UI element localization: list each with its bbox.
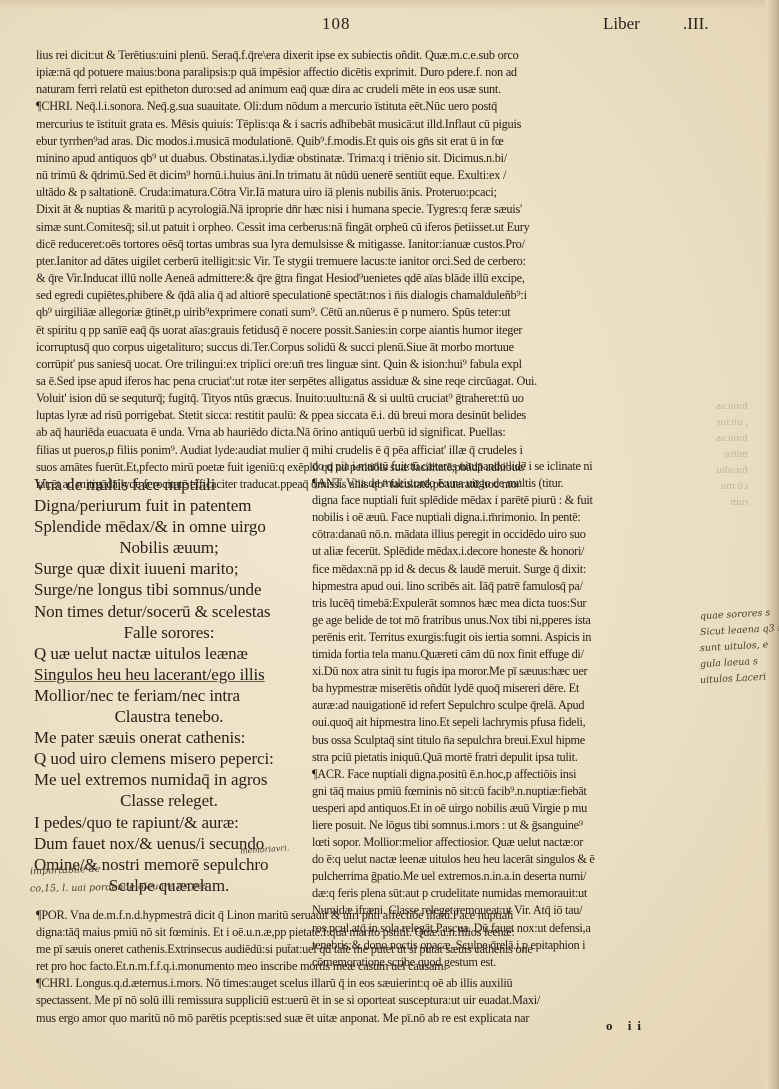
commentary-line: ba hypmestræ miserētis oñdūt lydē quoq̄ … (312, 680, 684, 697)
commentary-line: bus ossa Sculptaq̄ sint titulo n̄a sepul… (312, 732, 684, 749)
signature-mark: o ii (606, 1018, 647, 1034)
commentary-line: ipiæ:nā qd potuere maius:bona paralipsis… (36, 64, 682, 81)
book-page: 108 Liber .III. lius rei dicit:ut & Terē… (0, 0, 779, 1089)
verse-line-adonic: Claustra tenebo. (34, 706, 304, 727)
commentary-line: ebur tyrrhen⁹ad aras. Dic modos.i.musicā… (36, 133, 682, 150)
commentary-line: ut aliæ fecerūt. Splēdide mēdax.i.decore… (312, 543, 684, 560)
verse-line: I pedes/quo te rapiunt/& auræ: (34, 812, 304, 833)
commentary-line: corrūpit' pus saniesq̄ uocat. Ore trilin… (36, 356, 682, 373)
running-title: Liber (603, 14, 640, 34)
commentary-bottom-block: ¶POR. Vna de.m.f.n.d.hypmestrā dicit q̄ … (36, 907, 682, 1027)
commentary-line: Voluit' ision dū se sequturq̄; fugitq̄. … (36, 390, 682, 407)
commentary-line: Dixit āt & nuptias & maritū p acyrologiā… (36, 201, 682, 218)
commentary-line: hipmestra apud oui. lino scribēs ait. Iā… (312, 578, 684, 595)
verse-line-underlined: Singulos heu heu lacerant/ego illis (34, 664, 304, 685)
commentary-line: ret pro hoc facto.Et.n.m.f.f.q.i.monumen… (36, 958, 682, 975)
bleed-through-line: foradiu (688, 462, 748, 478)
verse-line-adonic: Classe releget. (34, 790, 304, 811)
verse-line: Q uæ uelut nactæ uitulos leænæ (34, 643, 304, 664)
commentary-line: mercurius te īstituit grata es. Mēsis qu… (36, 116, 682, 133)
verse-line: Surge/ne longus tibi somnus/unde (34, 579, 304, 600)
commentary-line: stra pciū pietatis iniquū.Quā mortē frat… (312, 749, 684, 766)
page-header: 108 Liber .III. (0, 8, 779, 38)
commentary-line: simæ sunt.Comitesq̄; sil.ut patuit i orp… (36, 219, 682, 236)
commentary-line: pter.Ianitor ad dātes uigilet cerberū it… (36, 253, 682, 270)
commentary-line: ¶CHRI. Longus.q.d.æternus.i.mors. Nō tim… (36, 975, 682, 992)
verse-line: Q uod uiro clemens misero peperci: (34, 748, 304, 769)
verse-line: Splendide mēdax/& in omne uirgo (34, 516, 304, 537)
commentary-line: ge age belide de tot mō fratribus unus.N… (312, 612, 684, 629)
verse-line: Me pater sæuis onerat cathenis: (34, 727, 304, 748)
commentary-line: auræ:ad nauigationē id refert Sepulchro … (312, 697, 684, 714)
commentary-line: spectassent. Me pī nō solū illi remissur… (36, 992, 682, 1009)
margin-note-line: uitulos Laceri (700, 669, 779, 687)
bleed-through-line: cū mu (688, 478, 748, 494)
commentary-line: do q pia i maritū fuit:tū cæteras uitupa… (312, 458, 684, 475)
commentary-line: mus ergo amor quo maritū nō mō parētis p… (36, 1010, 682, 1027)
commentary-line: filias ut pueros,p filiis ponim⁹. Audiat… (36, 442, 682, 459)
commentary-line: me pī sæuis oneret cathenis.Extrinsecus … (36, 941, 682, 958)
commentary-line: gni tāq̄ maius pmiū fœminis nō sit:cū fa… (312, 783, 684, 800)
page-right-edge (765, 0, 779, 1089)
commentary-line: fice mēdax:nā pp id & decus & laudē meru… (312, 561, 684, 578)
commentary-line: liere posuit. Ne lōgus tibi somnus.i.mor… (312, 817, 684, 834)
commentary-line: dæ:q feris plena sūt:aut p crudelitate n… (312, 885, 684, 902)
commentary-line: digna face nuptiali fuit splēdide mēdax … (312, 492, 684, 509)
commentary-line: nobilis i oē æuū. Face nuptiali digna.i.… (312, 509, 684, 526)
commentary-line: oui.quoq̄ ait hipmestra lino.Et sepeli l… (312, 714, 684, 731)
commentary-line: naturam ferri relatū est epitheton duro:… (36, 81, 682, 98)
commentary-line: ¶ACR. Face nuptiali digna.positū ē.n.hoc… (312, 766, 684, 783)
commentary-line: ēt spiritu q pp sanīē eaq̄ q̄s uorat aīa… (36, 322, 682, 339)
bleed-through-text: Ionicas , uictor Ionicas mitor foradiu c… (688, 398, 748, 510)
commentary-line: ultādo & p saltationē. Cruda:imatura.Cōt… (36, 184, 682, 201)
commentary-line: & q̄re Vir.Inducat illū nolle Aeneā admi… (36, 270, 682, 287)
commentary-line: tris lucēq̄ timebā:Expulerāt somnos hæc … (312, 595, 684, 612)
verse-line: Me uel extremos numidaq̄ in agros (34, 769, 304, 790)
commentary-line: cōtra:danaū nō.n. mādata illius peregit … (312, 526, 684, 543)
commentary-line: dicē reduceret:oēs tortores oēsq̄ tortas… (36, 236, 682, 253)
commentary-line: ¶CHRI. Neq̄.l.i.sonora. Neq̄.g.sua suaui… (36, 98, 682, 115)
commentary-top-block: lius rei dicit:ut & Terētius:uini plenū.… (36, 47, 682, 493)
verse-line-adonic: Nobilis æuum; (34, 537, 304, 558)
bleed-through-line: Ionicas (688, 398, 748, 414)
verse-line: Vna de multis face nuptiali (34, 474, 304, 495)
bleed-through-line: Ionicas (688, 430, 748, 446)
horace-ode-verse: Vna de multis face nuptiali Digna/periur… (34, 474, 304, 896)
handwritten-margin-note: quae sorores s Sicut leaena q3 n sunt ui… (700, 607, 779, 687)
bleed-through-line: mitor (688, 446, 748, 462)
commentary-line: ¶ANT. Vna de multis.ordo ē:una uirgo de … (312, 475, 684, 492)
verse-line: Non times detur/socerū & scelestas (34, 601, 304, 622)
commentary-line: do ē:q uelut nactæ leenæ uitulos heu heu… (312, 851, 684, 868)
commentary-line: digna:tāq̄ maius pmiū nō sit fœminis. Et… (36, 924, 682, 941)
commentary-line: nū trimū & q̄drimū.Sed ēt dicim⁹ hornū.i… (36, 167, 682, 184)
commentary-line: ¶POR. Vna de.m.f.n.d.hypmestrā dicit q̄ … (36, 907, 682, 924)
bleed-through-line: , uictor (688, 414, 748, 430)
book-number: .III. (683, 14, 708, 34)
commentary-line: sa ē.Sed ipse apud iferos hac pena cruci… (36, 373, 682, 390)
commentary-right-column: do q pia i maritū fuit:tū cæteras uitupa… (312, 458, 684, 971)
verse-line-adonic: Falle sorores: (34, 622, 304, 643)
commentary-line: minino apud antiquos qb⁹ ut duabus. Obst… (36, 150, 682, 167)
commentary-line: uesperi apd antiquos.Et in oē uirgo nobi… (312, 800, 684, 817)
commentary-line: timida fortia tela manu.Quæreti cām dū n… (312, 646, 684, 663)
verse-line: Surge quæ dixit iuueni marito; (34, 558, 304, 579)
commentary-line: lius rei dicit:ut & Terētius:uini plenū.… (36, 47, 682, 64)
commentary-line: icorruptusq̄ quo corpus uigetalituro; su… (36, 339, 682, 356)
commentary-line: pulcherrima ḡpatio.Me uel extremos.n.in.… (312, 868, 684, 885)
commentary-line: sed egredi cupiētes,phibere & q̄dā alia … (36, 287, 682, 304)
commentary-line: qb⁹ uirgiliāæ allegoriæ ḡtinēt,p uirib⁹e… (36, 304, 682, 321)
commentary-line: luptas lyræ ad risū porrigebat. Stetit s… (36, 407, 682, 424)
bleed-through-line: rum (688, 494, 748, 510)
folio-number: 108 (322, 14, 351, 34)
commentary-line: lœti sopor. Mollior:melior affectiosior.… (312, 834, 684, 851)
commentary-line: perēnis erit. Territus exurgis:fugit ois… (312, 629, 684, 646)
verse-line: Digna/periurum fuit in patentem (34, 495, 304, 516)
verse-line: Mollior/nec te feriam/nec intra (34, 685, 304, 706)
commentary-line: ab aq̄ hauriēda euacuata ē unda. Vrna ab… (36, 424, 682, 441)
commentary-line: xi.Dū nox atra sinit tu fugis ipa moror.… (312, 663, 684, 680)
